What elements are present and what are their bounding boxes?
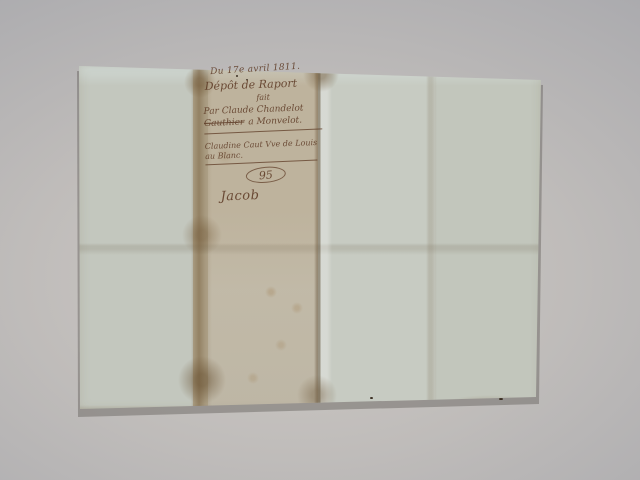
handwritten-annotations: Du 17e avril 1811. Dépôt de Raport fait … <box>202 62 327 205</box>
ink-speck <box>370 397 373 399</box>
ink-rule-1 <box>204 128 322 134</box>
ink-speck <box>246 79 248 80</box>
paraph-number: 95 <box>245 165 286 184</box>
place-word: a Monvelot. <box>248 116 302 128</box>
addressee-line: Gauthiera Monvelot. <box>204 115 324 129</box>
ink-speck <box>236 75 238 77</box>
fait-word: fait <box>203 91 323 104</box>
ink-speck <box>499 398 503 400</box>
notary-paraph: 95 <box>206 165 326 185</box>
struck-word: Gauthier <box>204 118 245 129</box>
date-line: Du 17e avril 1811. <box>210 60 322 77</box>
title-line: Dépôt de Raport <box>204 76 322 93</box>
manuscript-photo: Du 17e avril 1811. Dépôt de Raport fait … <box>0 0 640 480</box>
